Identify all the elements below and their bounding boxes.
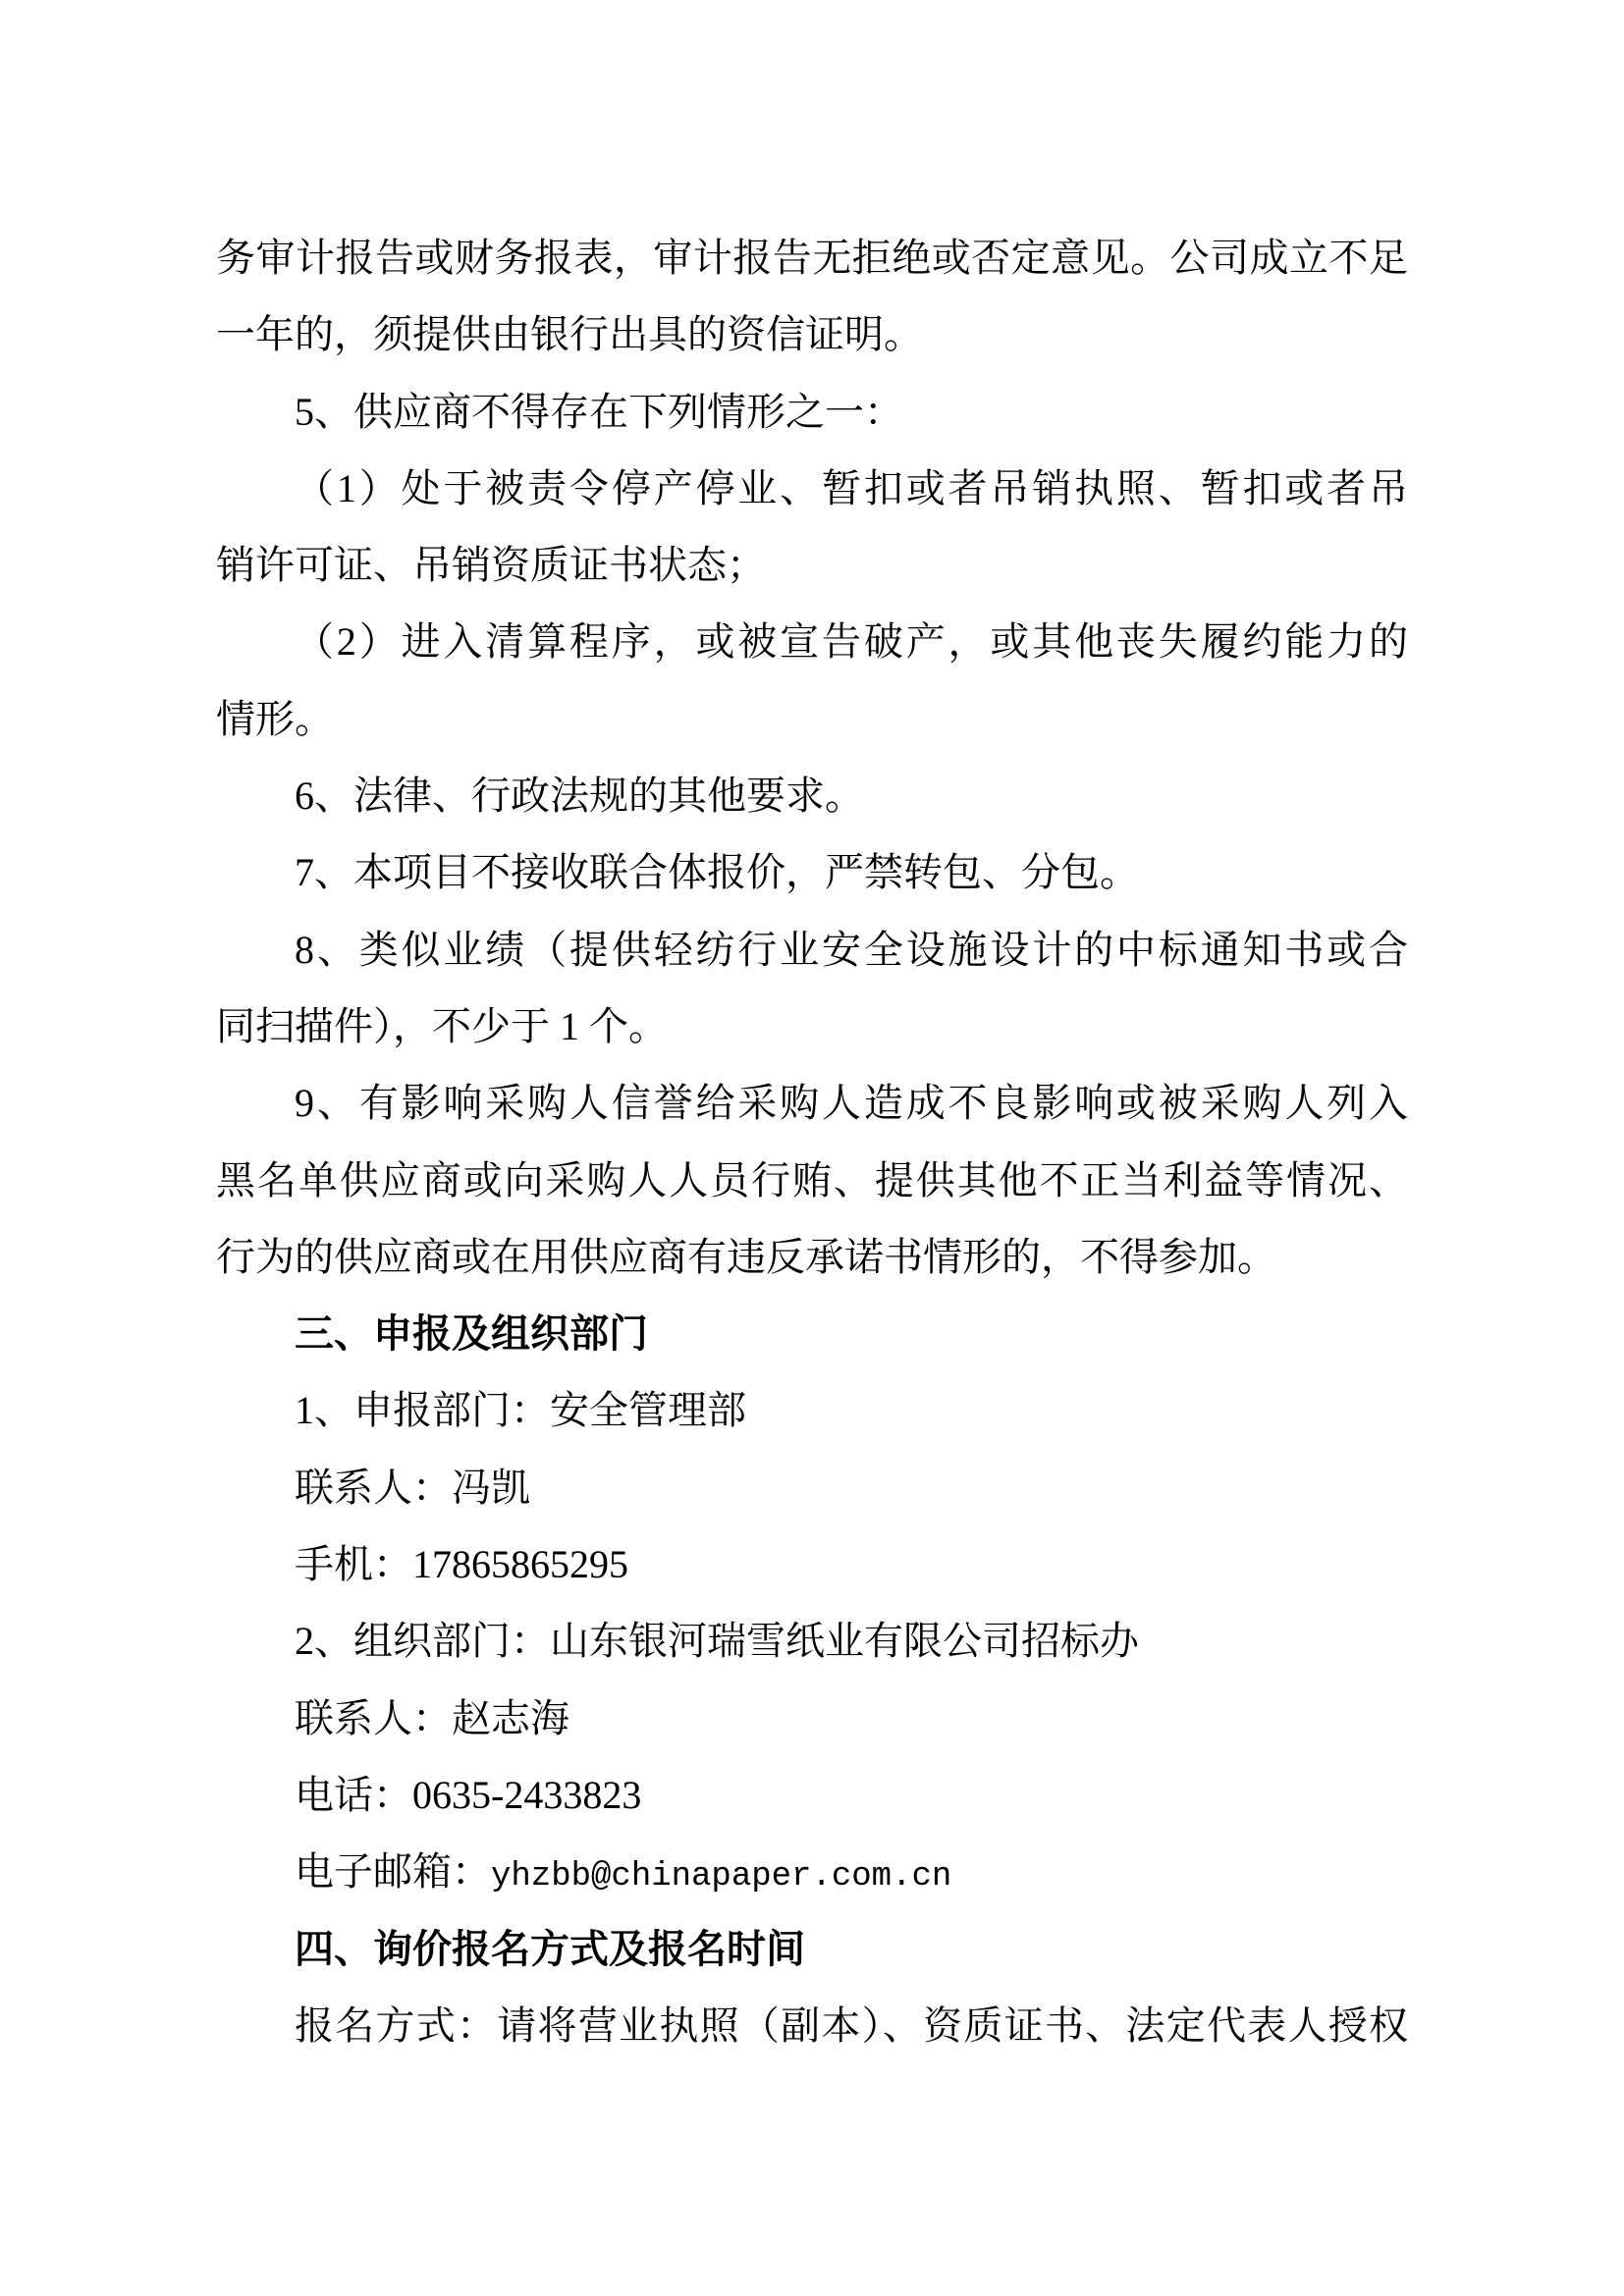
- text-run: （1）处于被责令停产停业、暂扣或者吊销执照、暂扣或者吊: [295, 466, 1408, 510]
- text-line: 联系人：冯凯: [216, 1450, 1408, 1526]
- text-line: 2、组织部门：山东银河瑞雪纸业有限公司招标办: [216, 1603, 1408, 1680]
- text-line: 一年的，须提供由银行出具的资信证明。: [216, 296, 1408, 373]
- document-text: 务审计报告或财务报表，审计报告无拒绝或否定意见。公司成立不足一年的，须提供由银行…: [216, 220, 1408, 2064]
- text-line: 电子邮箱：yhzbb@chinapaper.com.cn: [216, 1834, 1408, 1910]
- text-run: 销许可证、吊销资质证书状态；: [216, 543, 766, 587]
- document-page: 务审计报告或财务报表，审计报告无拒绝或否定意见。公司成立不足一年的，须提供由银行…: [0, 0, 1624, 2296]
- text-line: 1、申报部门：安全管理部: [216, 1372, 1408, 1449]
- text-run: 1、申报部门：安全管理部: [295, 1388, 746, 1432]
- text-run: 同扫描件），不少于 1 个。: [216, 1004, 668, 1048]
- text-run: （2）进入清算程序，或被宣告破产，或其他丧失履约能力的: [295, 619, 1408, 664]
- text-run: 2、组织部门：山东银河瑞雪纸业有限公司招标办: [295, 1619, 1139, 1663]
- text-line: 黑名单供应商或向采购人人员行贿、提供其他不正当利益等情况、: [216, 1143, 1408, 1219]
- text-run: 黑名单供应商或向采购人人员行贿、提供其他不正当利益等情况、: [216, 1158, 1408, 1202]
- text-line: 9、有影响采购人信誉给采购人造成不良影响或被采购人列入: [216, 1065, 1408, 1142]
- text-run: 四、询价报名方式及报名时间: [295, 1927, 805, 1971]
- text-line: 报名方式：请将营业执照（副本）、资质证书、法定代表人授权: [216, 1988, 1408, 2064]
- heading-line: 三、申报及组织部门: [216, 1296, 1408, 1372]
- text-run: 情形。: [216, 697, 334, 741]
- text-line: 5、供应商不得存在下列情形之一：: [216, 374, 1408, 451]
- text-line: 销许可证、吊销资质证书状态；: [216, 527, 1408, 604]
- text-line: 情形。: [216, 681, 1408, 758]
- text-line: 电话：0635-2433823: [216, 1757, 1408, 1834]
- email-address: yhzbb@chinapaper.com.cn: [491, 1858, 951, 1896]
- text-run: 联系人：冯凯: [295, 1466, 530, 1510]
- text-run: 行为的供应商或在用供应商有违反承诺书情形的，不得参加。: [216, 1235, 1276, 1279]
- text-run: 7、本项目不接收联合体报价，严禁转包、分包。: [295, 850, 1139, 894]
- text-line: 同扫描件），不少于 1 个。: [216, 988, 1408, 1065]
- text-line: （2）进入清算程序，或被宣告破产，或其他丧失履约能力的: [216, 604, 1408, 680]
- text-run: 报名方式：请将营业执照（副本）、资质证书、法定代表人授权: [295, 2003, 1408, 2048]
- text-run: 9、有影响采购人信誉给采购人造成不良影响或被采购人列入: [295, 1081, 1408, 1125]
- text-run: 电子邮箱：: [295, 1849, 491, 1894]
- text-run: 一年的，须提供由银行出具的资信证明。: [216, 312, 923, 356]
- text-run: 手机：17865865295: [295, 1542, 628, 1586]
- text-run: 务审计报告或财务报表，审计报告无拒绝或否定意见。公司成立不足: [216, 236, 1408, 280]
- text-run: 三、申报及组织部门: [295, 1311, 648, 1356]
- heading-line: 四、询价报名方式及报名时间: [216, 1911, 1408, 1988]
- text-run: 电话：0635-2433823: [295, 1773, 641, 1817]
- text-run: 8、类似业绩（提供轻纺行业安全设施设计的中标通知书或合: [295, 928, 1408, 972]
- text-line: 手机：17865865295: [216, 1526, 1408, 1603]
- text-line: （1）处于被责令停产停业、暂扣或者吊销执照、暂扣或者吊: [216, 451, 1408, 527]
- text-line: 行为的供应商或在用供应商有违反承诺书情形的，不得参加。: [216, 1219, 1408, 1296]
- text-line: 务审计报告或财务报表，审计报告无拒绝或否定意见。公司成立不足: [216, 220, 1408, 296]
- text-line: 6、法律、行政法规的其他要求。: [216, 758, 1408, 834]
- text-run: 联系人：赵志海: [295, 1696, 569, 1740]
- text-run: 6、法律、行政法规的其他要求。: [295, 774, 864, 818]
- text-line: 联系人：赵志海: [216, 1681, 1408, 1757]
- text-line: 7、本项目不接收联合体报价，严禁转包、分包。: [216, 834, 1408, 911]
- text-line: 8、类似业绩（提供轻纺行业安全设施设计的中标通知书或合: [216, 912, 1408, 988]
- text-run: 5、供应商不得存在下列情形之一：: [295, 390, 903, 434]
